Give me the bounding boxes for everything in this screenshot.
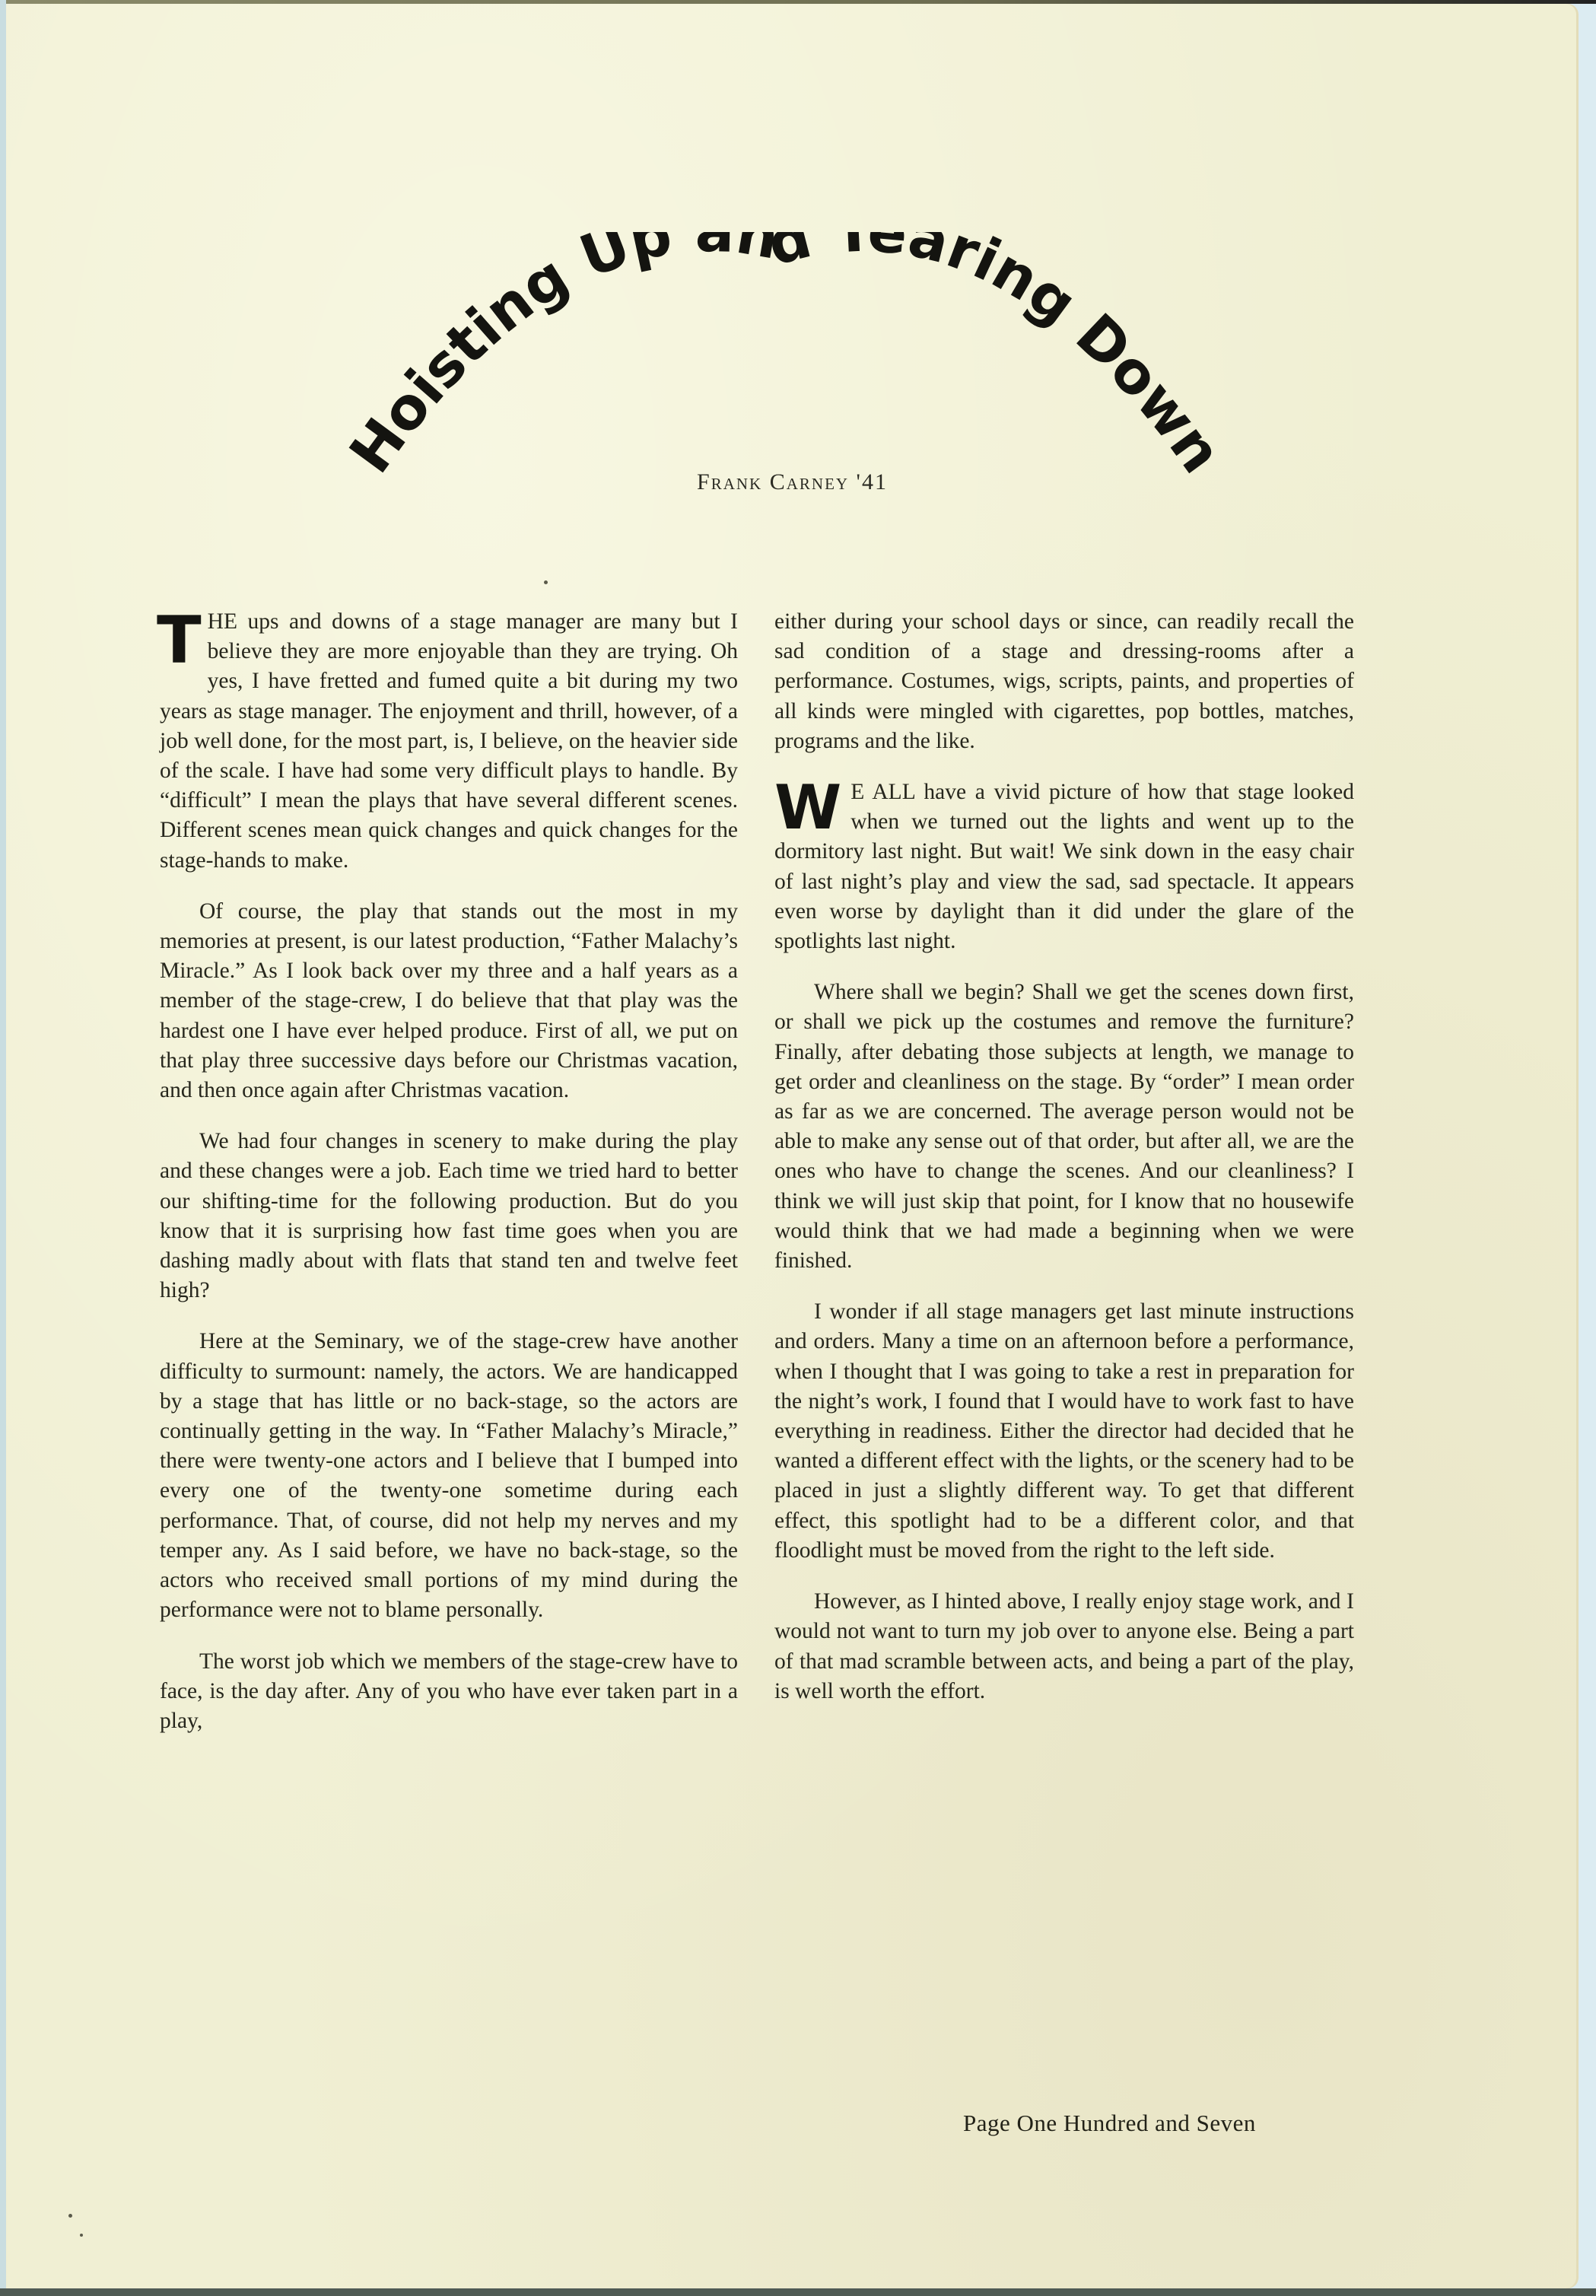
paragraph: However, as I hinted above, I really enj… xyxy=(774,1587,1354,1706)
paragraph: We had four changes in scenery to make d… xyxy=(160,1127,738,1305)
paragraph: Where shall we begin? Shall we get the s… xyxy=(774,978,1354,1276)
paragraph-text: have a vivid picture of how that stage l… xyxy=(774,780,1354,953)
column-left: THE ups and downs of a stage manager are… xyxy=(160,607,738,1757)
drop-cap: T xyxy=(157,615,202,667)
paragraph: WE ALL have a vivid picture of how that … xyxy=(774,778,1354,956)
paragraph-continued: either during your school days or since,… xyxy=(774,607,1354,756)
paragraph: The worst job which we members of the st… xyxy=(160,1647,738,1737)
paragraph: Of course, the play that stands out the … xyxy=(160,897,738,1105)
article-title: Hoisting Up and Tearing Down xyxy=(348,232,1223,506)
column-right: either during your school days or since,… xyxy=(774,607,1354,1728)
magazine-page: Hoisting Up and Tearing Down Frank Carne… xyxy=(6,4,1579,2288)
article-title-text: Hoisting Up and Tearing Down xyxy=(348,232,1223,485)
paragraph-text: ups and downs of a stage manager are man… xyxy=(160,609,738,873)
paper-speck xyxy=(68,2214,72,2218)
drop-cap: W xyxy=(774,784,841,832)
scan-bottom-edge xyxy=(0,2288,1596,2296)
scanned-page-viewer: Hoisting Up and Tearing Down Frank Carne… xyxy=(0,0,1596,2296)
paragraph: Here at the Seminary, we of the stage-cr… xyxy=(160,1327,738,1625)
scan-left-strip xyxy=(0,0,6,2296)
lead-in: E ALL xyxy=(850,780,914,804)
paragraph: I wonder if all stage managers get last … xyxy=(774,1297,1354,1566)
byline: Frank Carney '41 xyxy=(6,469,1579,495)
lead-in: HE xyxy=(208,609,237,634)
paragraph: THE ups and downs of a stage manager are… xyxy=(160,607,738,876)
page-number: Page One Hundred and Seven xyxy=(963,2110,1256,2137)
paper-speck xyxy=(80,2234,83,2237)
paper-speck xyxy=(544,580,548,584)
